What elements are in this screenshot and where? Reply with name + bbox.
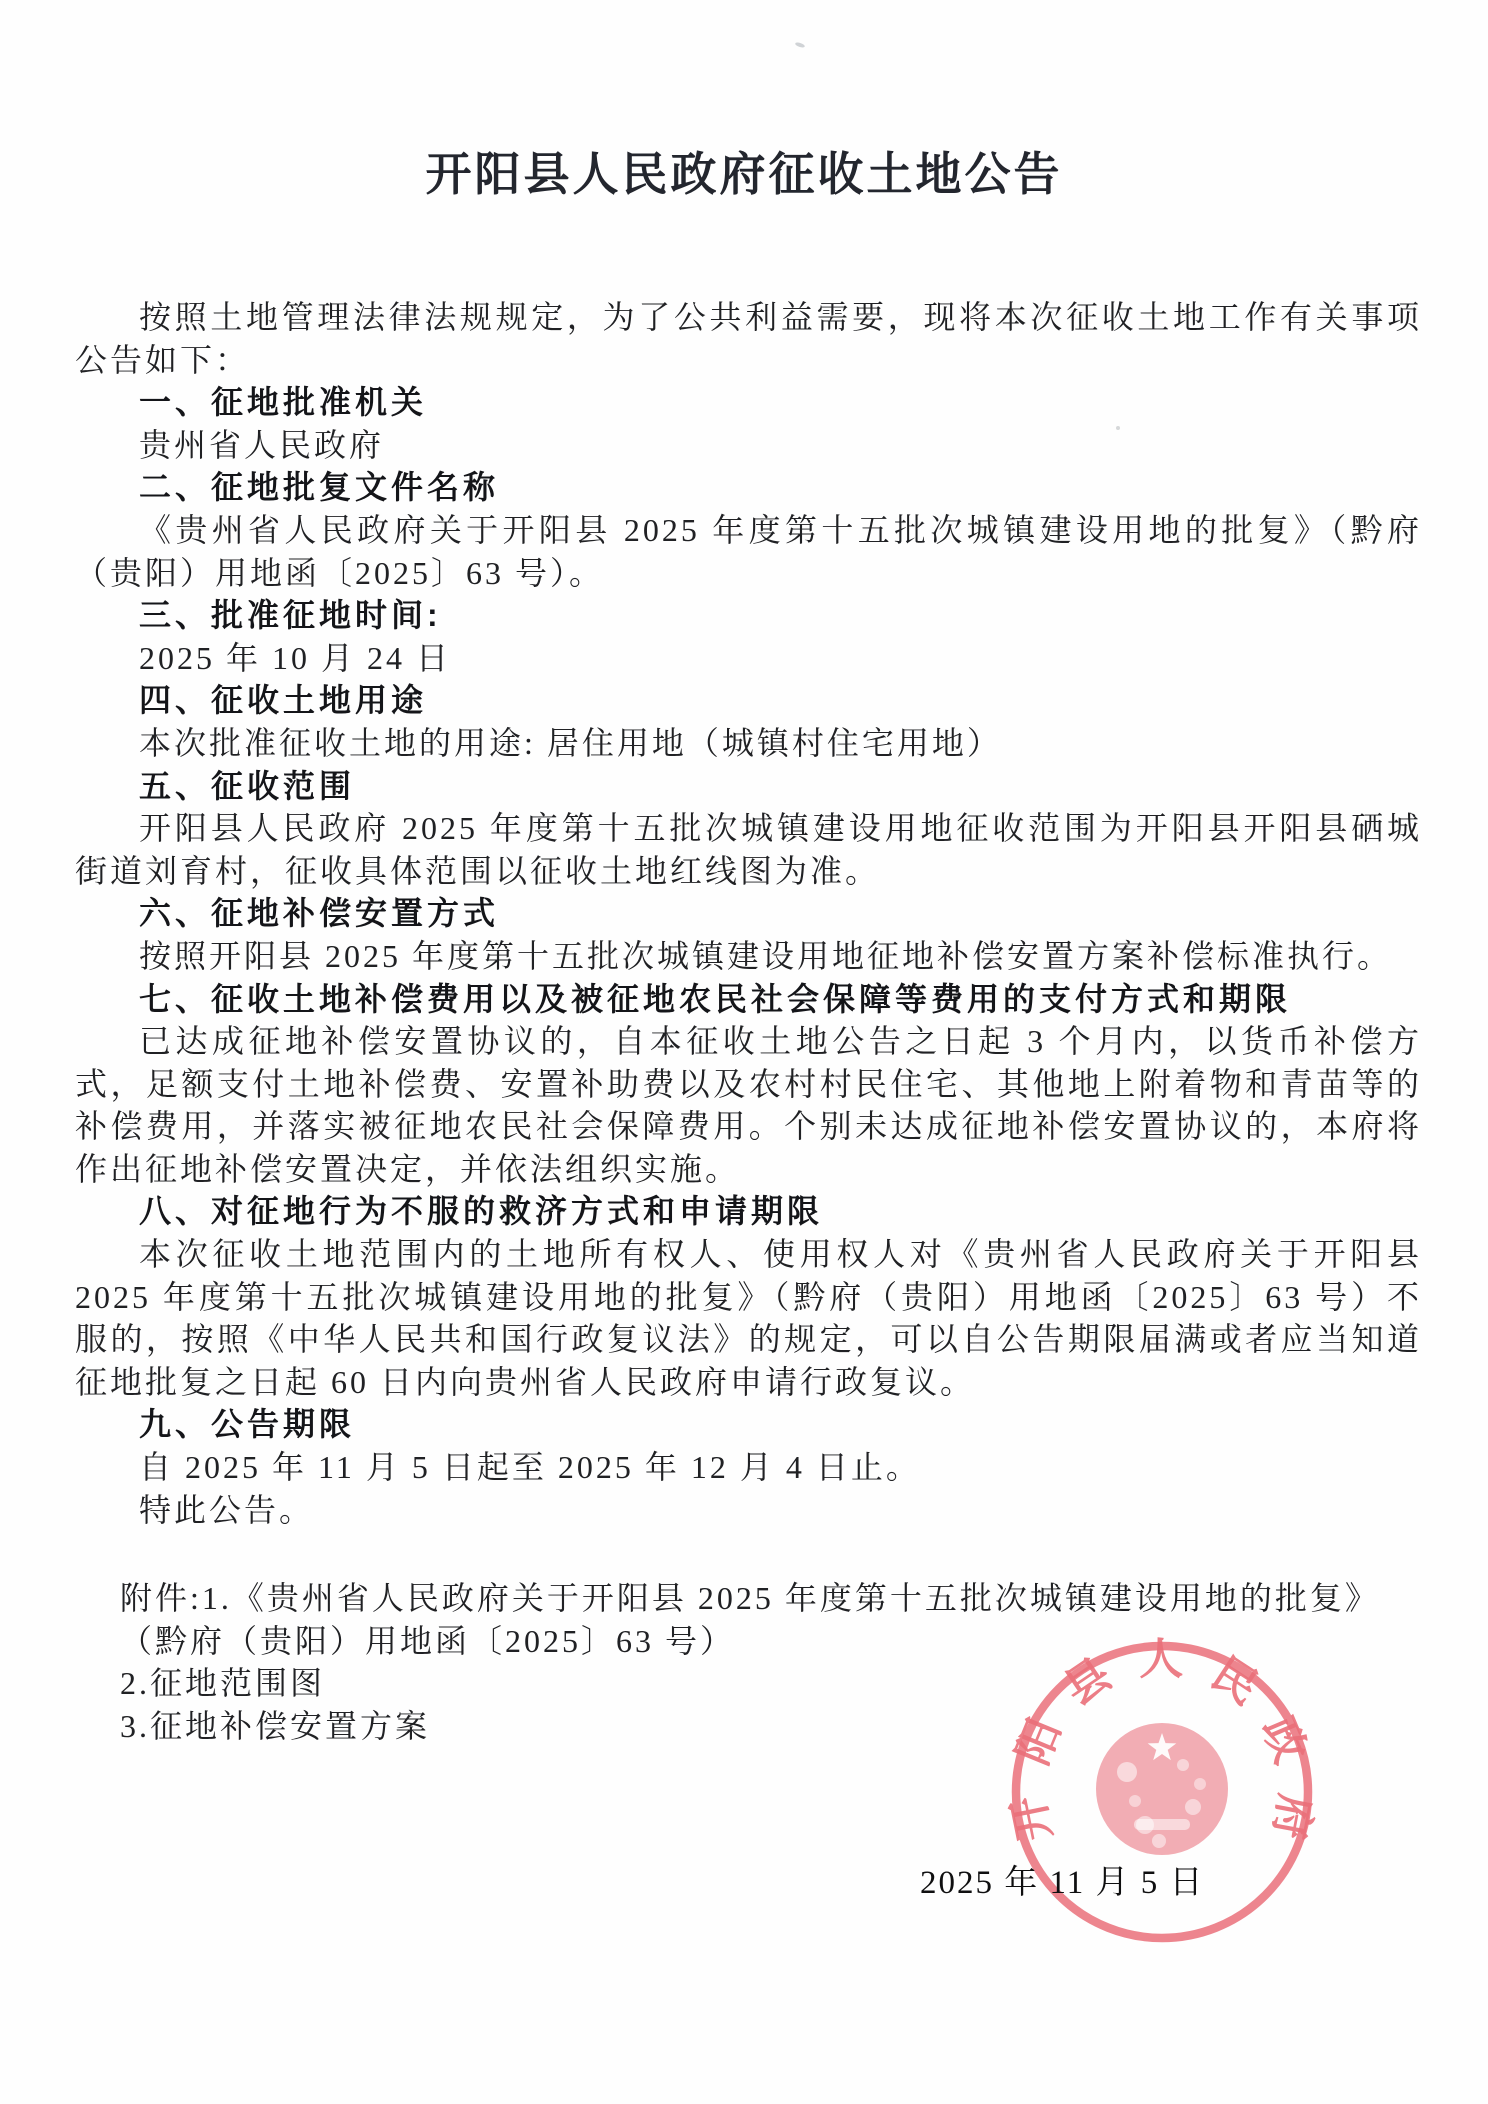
section-4-heading: 四、征收土地用途 (75, 679, 1422, 722)
attachment-item-1: 1.《贵州省人民政府关于开阳县 2025 年度第十五批次城镇建设用地的批复》 (202, 1580, 1380, 1616)
section-3-heading: 三、批准征地时间: (75, 594, 1422, 637)
attachments-label: 附件: (120, 1580, 202, 1616)
section-8-heading: 八、对征地行为不服的救济方式和申请期限 (75, 1190, 1422, 1233)
section-5-heading: 五、征收范围 (75, 765, 1422, 808)
section-9-body: 自 2025 年 11 月 5 日起至 2025 年 12 月 4 日止。 (75, 1446, 1422, 1489)
seal-date: 2025 年 11 月 5 日 (920, 1856, 1205, 1903)
intro-paragraph: 按照土地管理法律法规规定，为了公共利益需要，现将本次征收土地工作有关事项公告如下… (75, 296, 1422, 381)
seal-emblem (1096, 1723, 1228, 1855)
announcement-body: 按照土地管理法律法规规定，为了公共利益需要，现将本次征收土地工作有关事项公告如下… (75, 296, 1422, 1531)
section-3-body: 2025 年 10 月 24 日 (75, 637, 1422, 680)
scan-artifact (1116, 426, 1120, 430)
section-7-body: 已达成征地补偿安置协议的，自本征收土地公告之日起 3 个月内，以货币补偿方式，足… (75, 1020, 1422, 1190)
section-1-body: 贵州省人民政府 (75, 424, 1422, 467)
section-5-body: 开阳县人民政府 2025 年度第十五批次城镇建设用地征收范围为开阳县开阳县硒城街… (75, 807, 1422, 892)
section-8-body: 本次征收土地范围内的土地所有权人、使用权人对《贵州省人民政府关于开阳县 2025… (75, 1233, 1422, 1403)
page-title: 开阳县人民政府征收土地公告 (0, 138, 1488, 204)
document-page: 开阳县人民政府征收土地公告 按照土地管理法律法规规定，为了公共利益需要，现将本次… (0, 0, 1488, 2104)
closing-line: 特此公告。 (75, 1489, 1422, 1532)
section-9-heading: 九、公告期限 (75, 1403, 1422, 1446)
section-2-body: 《贵州省人民政府关于开阳县 2025 年度第十五批次城镇建设用地的批复》（黔府（… (75, 509, 1422, 594)
section-7-heading: 七、征收土地补偿费用以及被征地农民社会保障等费用的支付方式和期限 (75, 978, 1422, 1021)
section-6-heading: 六、征地补偿安置方式 (75, 892, 1422, 935)
scan-artifact (795, 42, 806, 49)
section-2-heading: 二、征地批复文件名称 (75, 466, 1422, 509)
attachment-line-1: 附件:1.《贵州省人民政府关于开阳县 2025 年度第十五批次城镇建设用地的批复… (120, 1577, 1422, 1620)
section-1-heading: 一、征地批准机关 (75, 381, 1422, 424)
section-4-body: 本次批准征收土地的用途: 居住用地（城镇村住宅用地） (75, 722, 1422, 765)
section-6-body: 按照开阳县 2025 年度第十五批次城镇建设用地征地补偿安置方案补偿标准执行。 (75, 935, 1422, 978)
